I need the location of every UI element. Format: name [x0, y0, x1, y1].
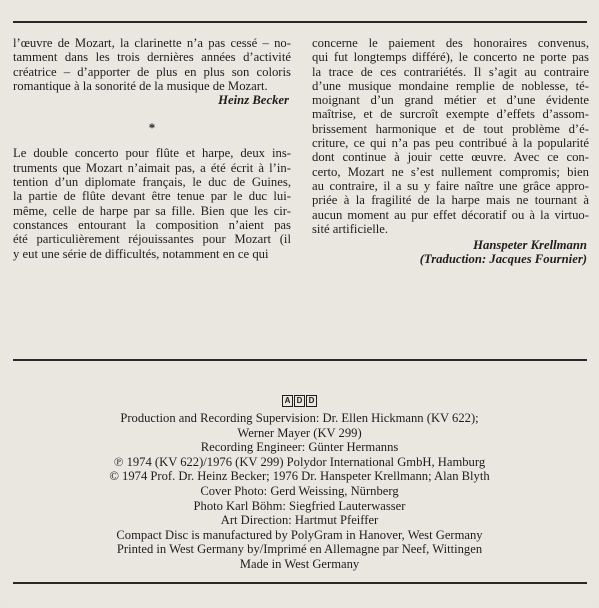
right-column: concerne le paiement des honoraires conv…	[312, 36, 589, 267]
text-line: créatrice – d’apporter de plus en plus s…	[13, 65, 291, 79]
spars-letter-box: D	[294, 395, 305, 407]
text-line: Le double concerto pour flûte et harpe, …	[13, 146, 291, 160]
text-line: dont continue à jouir cette œuvre. Avec …	[312, 150, 589, 164]
section-separator-asterisk: *	[13, 121, 291, 135]
top-rule	[13, 21, 587, 23]
text-line: d’une musique mondaine remplie de nobles…	[312, 79, 589, 93]
text-line: même, celle de harpe par sa fille. Bien …	[13, 204, 291, 218]
translation-credit: (Traduction: Jacques Fournier)	[312, 252, 589, 266]
left-column: l’œuvre de Mozart, la clarinette n’a pas…	[13, 36, 291, 261]
text-line: moignant d’un grand métier et d’une évid…	[312, 93, 589, 107]
text-line: qui fut longtemps différé), le concerto …	[312, 50, 589, 64]
text-line: au contraire, il a su y faire naître une…	[312, 179, 589, 193]
paragraph-clarinet-conclusion: l’œuvre de Mozart, la clarinette n’a pas…	[13, 36, 291, 93]
text-line: la trace de ces contrariétés. Il s’agit …	[312, 65, 589, 79]
text-line: été particulièrement réjouissantes pour …	[13, 232, 291, 246]
credit-line: Cover Photo: Gerd Weissing, Nürnberg	[0, 484, 599, 499]
credit-line: Art Direction: Hartmut Pfeiffer	[0, 513, 599, 528]
spars-letter-box: A	[282, 395, 293, 407]
text-line: priée à la fragilité de la harpe mais ne…	[312, 193, 589, 207]
paragraph-concerto-continued: concerne le paiement des honoraires conv…	[312, 36, 589, 236]
credit-line: Made in West Germany	[0, 557, 599, 572]
spars-code-add: ADD	[0, 395, 599, 407]
credit-line: Printed in West Germany by/Imprimé en Al…	[0, 542, 599, 557]
text-line: criture, ce qui n’a pas peu contribué à …	[312, 136, 589, 150]
booklet-page: l’œuvre de Mozart, la clarinette n’a pas…	[0, 0, 599, 608]
text-line: sité artificielle.	[312, 222, 589, 236]
spars-letter-box: D	[306, 395, 317, 407]
paragraph-double-concerto: Le double concerto pour flûte et harpe, …	[13, 146, 291, 260]
text-line: tamment dans les trois dernières années …	[13, 50, 291, 64]
text-line: y eut une série de difficultés, notammen…	[13, 247, 291, 261]
author-byline-krellmann: Hanspeter Krellmann	[312, 238, 589, 252]
credits-section: ADD Production and Recording Supervision…	[0, 395, 599, 572]
credit-line: © 1974 Prof. Dr. Heinz Becker; 1976 Dr. …	[0, 469, 599, 484]
text-line: truments que Mozart n’aimait pas, a été …	[13, 161, 291, 175]
text-line: l’œuvre de Mozart, la clarinette n’a pas…	[13, 36, 291, 50]
text-line: la partie de flûte devant être tenue par…	[13, 189, 291, 203]
credit-line: Werner Mayer (KV 299)	[0, 426, 599, 441]
credit-lines: Production and Recording Supervision: Dr…	[0, 411, 599, 572]
divider-rule	[13, 359, 587, 361]
text-line: constances entourant la composition n’ai…	[13, 218, 291, 232]
credit-line: Recording Engineer: Günter Hermanns	[0, 440, 599, 455]
credit-line: Production and Recording Supervision: Dr…	[0, 411, 599, 426]
text-line: maîtrise, et de surcroît exempte d’effet…	[312, 107, 589, 121]
credit-line: Photo Karl Böhm: Siegfried Lauterwasser	[0, 499, 599, 514]
text-line: romantique à la sonorité de la musique d…	[13, 79, 291, 93]
credit-line: ℗ 1974 (KV 622)/1976 (KV 299) Polydor In…	[0, 455, 599, 470]
text-line: brissement harmonique et de tout problèm…	[312, 122, 589, 136]
credit-line: Compact Disc is manufactured by PolyGram…	[0, 528, 599, 543]
text-line: concerne le paiement des honoraires conv…	[312, 36, 589, 50]
bottom-rule	[13, 582, 587, 584]
text-line: aucun moment au pur effet décoratif ou à…	[312, 208, 589, 222]
text-line: tention d’un diplomate français, le duc …	[13, 175, 291, 189]
text-line: certo, Mozart ne s’est nullement comprom…	[312, 165, 589, 179]
author-byline-becker: Heinz Becker	[13, 93, 291, 107]
